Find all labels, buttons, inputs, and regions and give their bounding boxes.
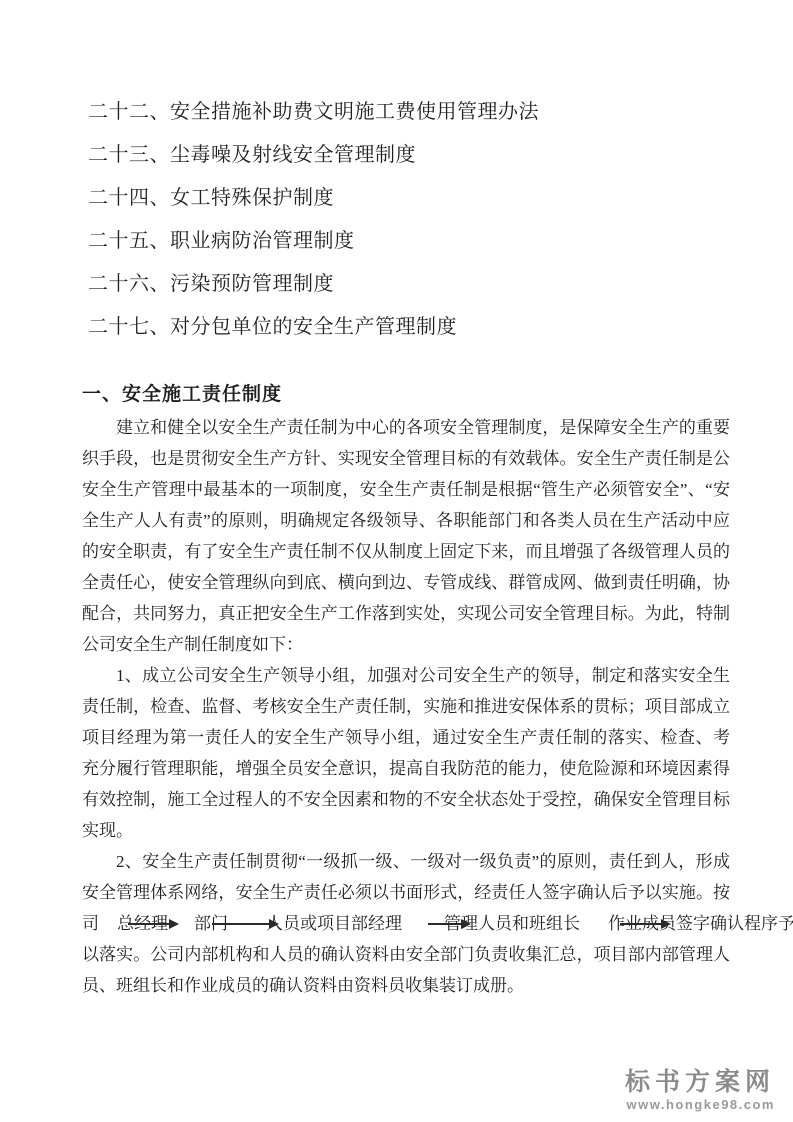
body-line: 公司安全生产制任制度如下： [82, 629, 730, 660]
chapter-item: 二十六、污染预防管理制度 [88, 272, 738, 296]
document-page: 二十二、安全措施补助费文明施工费使用管理办法 二十三、尘毒噪及射线安全管理制度 … [0, 0, 793, 1122]
body-line: 的安全职责，有了安全生产责任制不仅从制度上固定下来，而且增强了各级管理人员的安 [82, 536, 730, 567]
watermark-brand: 标书方案网 [625, 1069, 775, 1096]
body-line: 充分履行管理职能，增强全员安全意识，提高自我防范的能力，使危险源和环境因素得到 [82, 753, 730, 784]
body-line: 安全管理体系网络，安全生产责任必须以书面形式，经责任人签字确认后予以实施。按公 [82, 877, 730, 908]
flow-gap [580, 928, 608, 929]
flow-gap [228, 928, 266, 929]
flow-gap [402, 928, 444, 929]
body-line: 全责任心，使安全管理纵向到底、横向到边、专管成线、群管成网、做到责任明确，协调 [82, 567, 730, 598]
body-line: 以落实。公司内部机构和人员的确认资料由安全部门负责收集汇总，项目部内部管理人 [82, 939, 730, 970]
flow-node-staff: 人员或项目部经理 [266, 914, 402, 933]
body-line: 责任制，检查、监督、考核安全生产责任制，实施和推进安保体系的贯标；项目部成立以 [82, 691, 730, 722]
flow-gap [99, 928, 117, 929]
watermark: 标书方案网 www.hongke98.com [625, 1069, 775, 1112]
right-arrow-icon [428, 923, 462, 925]
body-line: 2、安全生产责任制贯彻“一级抓一级、一级对一级负责”的原则，责任到人，形成 [82, 846, 730, 877]
flow-text: 签字确认程序予 [676, 914, 793, 933]
chapter-list: 二十二、安全措施补助费文明施工费使用管理办法 二十三、尘毒噪及射线安全管理制度 … [88, 100, 738, 358]
chapter-item: 二十三、尘毒噪及射线安全管理制度 [88, 143, 738, 167]
right-arrow-icon [212, 923, 270, 925]
body-line: 配合，共同努力，真正把安全生产工作落到实处，实现公司安全管理目标。为此，特制定 [82, 598, 730, 629]
section-heading: 一、安全施工责任制度 [82, 384, 730, 406]
body-line: 1、成立公司安全生产领导小组，加强对公司安全生产的领导，制定和落实安全生产 [82, 660, 730, 691]
watermark-url: www.hongke98.com [625, 1097, 775, 1112]
body-line: 全生产人人有责”的原则，明确规定各级领导、各职能部门和各类人员在生产活动中应负 [82, 505, 730, 536]
chapter-item: 二十二、安全措施补助费文明施工费使用管理办法 [88, 100, 738, 124]
body-line: 项目经理为第一责任人的安全生产领导小组，通过安全生产责任制的落实、检查、考核、 [82, 722, 730, 753]
body-line: 员、班组长和作业成员的确认资料由资料员收集装订成册。 [82, 970, 730, 1001]
body-line: 安全生产管理中最基本的一项制度，安全生产责任制是根据“管生产必须管安全”、“安 [82, 474, 730, 505]
signature-flow-line: 司总经理部门人员或项目部经理管理人员和班组长作业成员签字确认程序予 [82, 908, 730, 939]
chapter-item: 二十五、职业病防治管理制度 [88, 229, 738, 253]
chapter-item: 二十七、对分包单位的安全生产管理制度 [88, 315, 738, 339]
right-arrow-icon [620, 923, 662, 925]
body-line: 织手段，也是贯彻安全生产方针、实现安全管理目标的有效载体。安全生产责任制是公司 [82, 443, 730, 474]
body-line: 实现。 [82, 815, 730, 846]
flow-text: 司 [82, 914, 99, 933]
body-line: 建立和健全以安全生产责任制为中心的各项安全管理制度，是保障安全生产的重要组 [82, 412, 730, 443]
section-body: 一、安全施工责任制度 建立和健全以安全生产责任制为中心的各项安全管理制度，是保障… [82, 384, 730, 1001]
chapter-item: 二十四、女工特殊保护制度 [88, 186, 738, 210]
body-line: 有效控制，施工全过程人的不安全因素和物的不安全状态处于受控，确保安全管理目标的 [82, 784, 730, 815]
right-arrow-icon [128, 923, 170, 925]
